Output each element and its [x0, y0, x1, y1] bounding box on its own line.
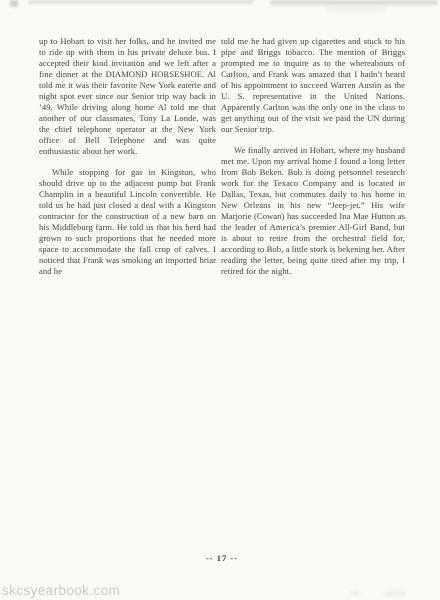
- scan-edge-blotch: [10, 0, 18, 7]
- paragraph-continued-from-left-column: told me he had given up cigarettes and s…: [221, 36, 405, 135]
- scanned-page: up to Hobart to visit her folks, and he …: [0, 0, 440, 600]
- scan-bottom-speck: [350, 591, 360, 595]
- paragraph: While stopping for gas in Kingston, who …: [39, 167, 216, 277]
- left-text-column: up to Hobart to visit her folks, and he …: [39, 36, 216, 277]
- scan-top-band-right: [270, 0, 438, 5]
- scan-top-band-left: [28, 0, 254, 4]
- page-number: -- 17 --: [39, 553, 405, 563]
- right-text-column: told me he had given up cigarettes and s…: [221, 36, 405, 277]
- scan-bottom-speck: [384, 591, 406, 596]
- paragraph-continued-from-previous-page: up to Hobart to visit her folks, and he …: [39, 36, 216, 157]
- scan-top-smudge: [325, 6, 387, 11]
- watermark: skcsyearbook.com: [2, 583, 120, 598]
- paragraph: We finally arrived in Hobart, where my h…: [221, 145, 405, 277]
